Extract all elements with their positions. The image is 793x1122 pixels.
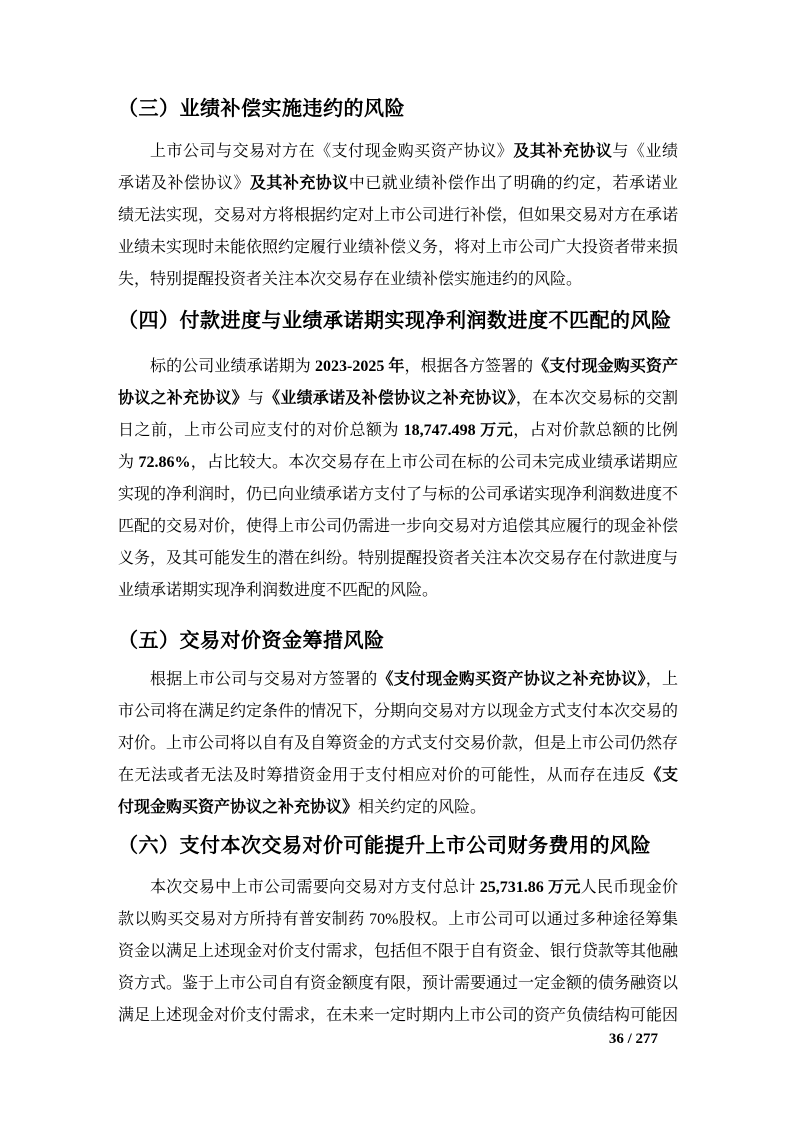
- bold-text-run: 《业绩承诺及补偿协议之补充协议》: [264, 390, 516, 407]
- text-run: 人民币现金价款以购买交易对方所持有普安制药 70%股权。上市公司可以通过多种途径…: [118, 879, 678, 1024]
- text-run: ，占比较大。本次交易存在上市公司在标的公司未完成业绩承诺期应实现的净利润时，仍已…: [118, 454, 678, 599]
- bold-text-run: 18,747.498 万元: [404, 422, 514, 439]
- text-run: 与: [248, 390, 264, 407]
- text-run: 上市公司与交易对方在《支付现金购买资产协议》: [150, 143, 513, 160]
- bold-text-run: 及其补充协议: [250, 175, 349, 192]
- bold-text-run: 《支付现金购买资产协议之补充协议》: [377, 671, 645, 688]
- bold-text-run: 2023-2025 年: [315, 358, 405, 375]
- text-run: 标的公司业绩承诺期为: [150, 358, 315, 375]
- text-run: 本次交易中上市公司需要向交易对方支付总计: [150, 879, 480, 896]
- text-run: ，根据各方签署的: [405, 358, 534, 375]
- paragraph-funding-risk: 根据上市公司与交易对方签署的《支付现金购买资产协议之补充协议》，上市公司将在满足…: [118, 664, 678, 824]
- bold-text-run: 72.86%: [139, 454, 191, 471]
- section-heading-financial-expense-risk: （六）支付本次交易对价可能提升上市公司财务费用的风险: [118, 833, 678, 859]
- bold-text-run: 及其补充协议: [513, 143, 612, 160]
- section-heading-funding-risk: （五）交易对价资金筹措风险: [118, 628, 678, 654]
- text-run: 根据上市公司与交易对方签署的: [150, 671, 377, 688]
- paragraph-performance-compensation-breach: 上市公司与交易对方在《支付现金购买资产协议》及其补充协议与《业绩承诺及补偿协议》…: [118, 136, 678, 296]
- document-page: （三）业绩补偿实施违约的风险 上市公司与交易对方在《支付现金购买资产协议》及其补…: [118, 96, 678, 1032]
- paragraph-financial-expense-risk: 本次交易中上市公司需要向交易对方支付总计 25,731.86 万元人民币现金价款…: [118, 872, 678, 1032]
- paragraph-payment-progress-mismatch: 标的公司业绩承诺期为 2023-2025 年，根据各方签署的《支付现金购买资产协…: [118, 351, 678, 607]
- bold-text-run: 25,731.86 万元: [480, 879, 581, 896]
- section-heading-payment-progress-mismatch: （四）付款进度与业绩承诺期实现净利润数进度不匹配的风险: [118, 308, 678, 334]
- text-run: 相关约定的风险。: [358, 799, 486, 816]
- section-heading-performance-compensation-breach: （三）业绩补偿实施违约的风险: [118, 96, 678, 122]
- page-number: 36 / 277: [118, 1031, 678, 1048]
